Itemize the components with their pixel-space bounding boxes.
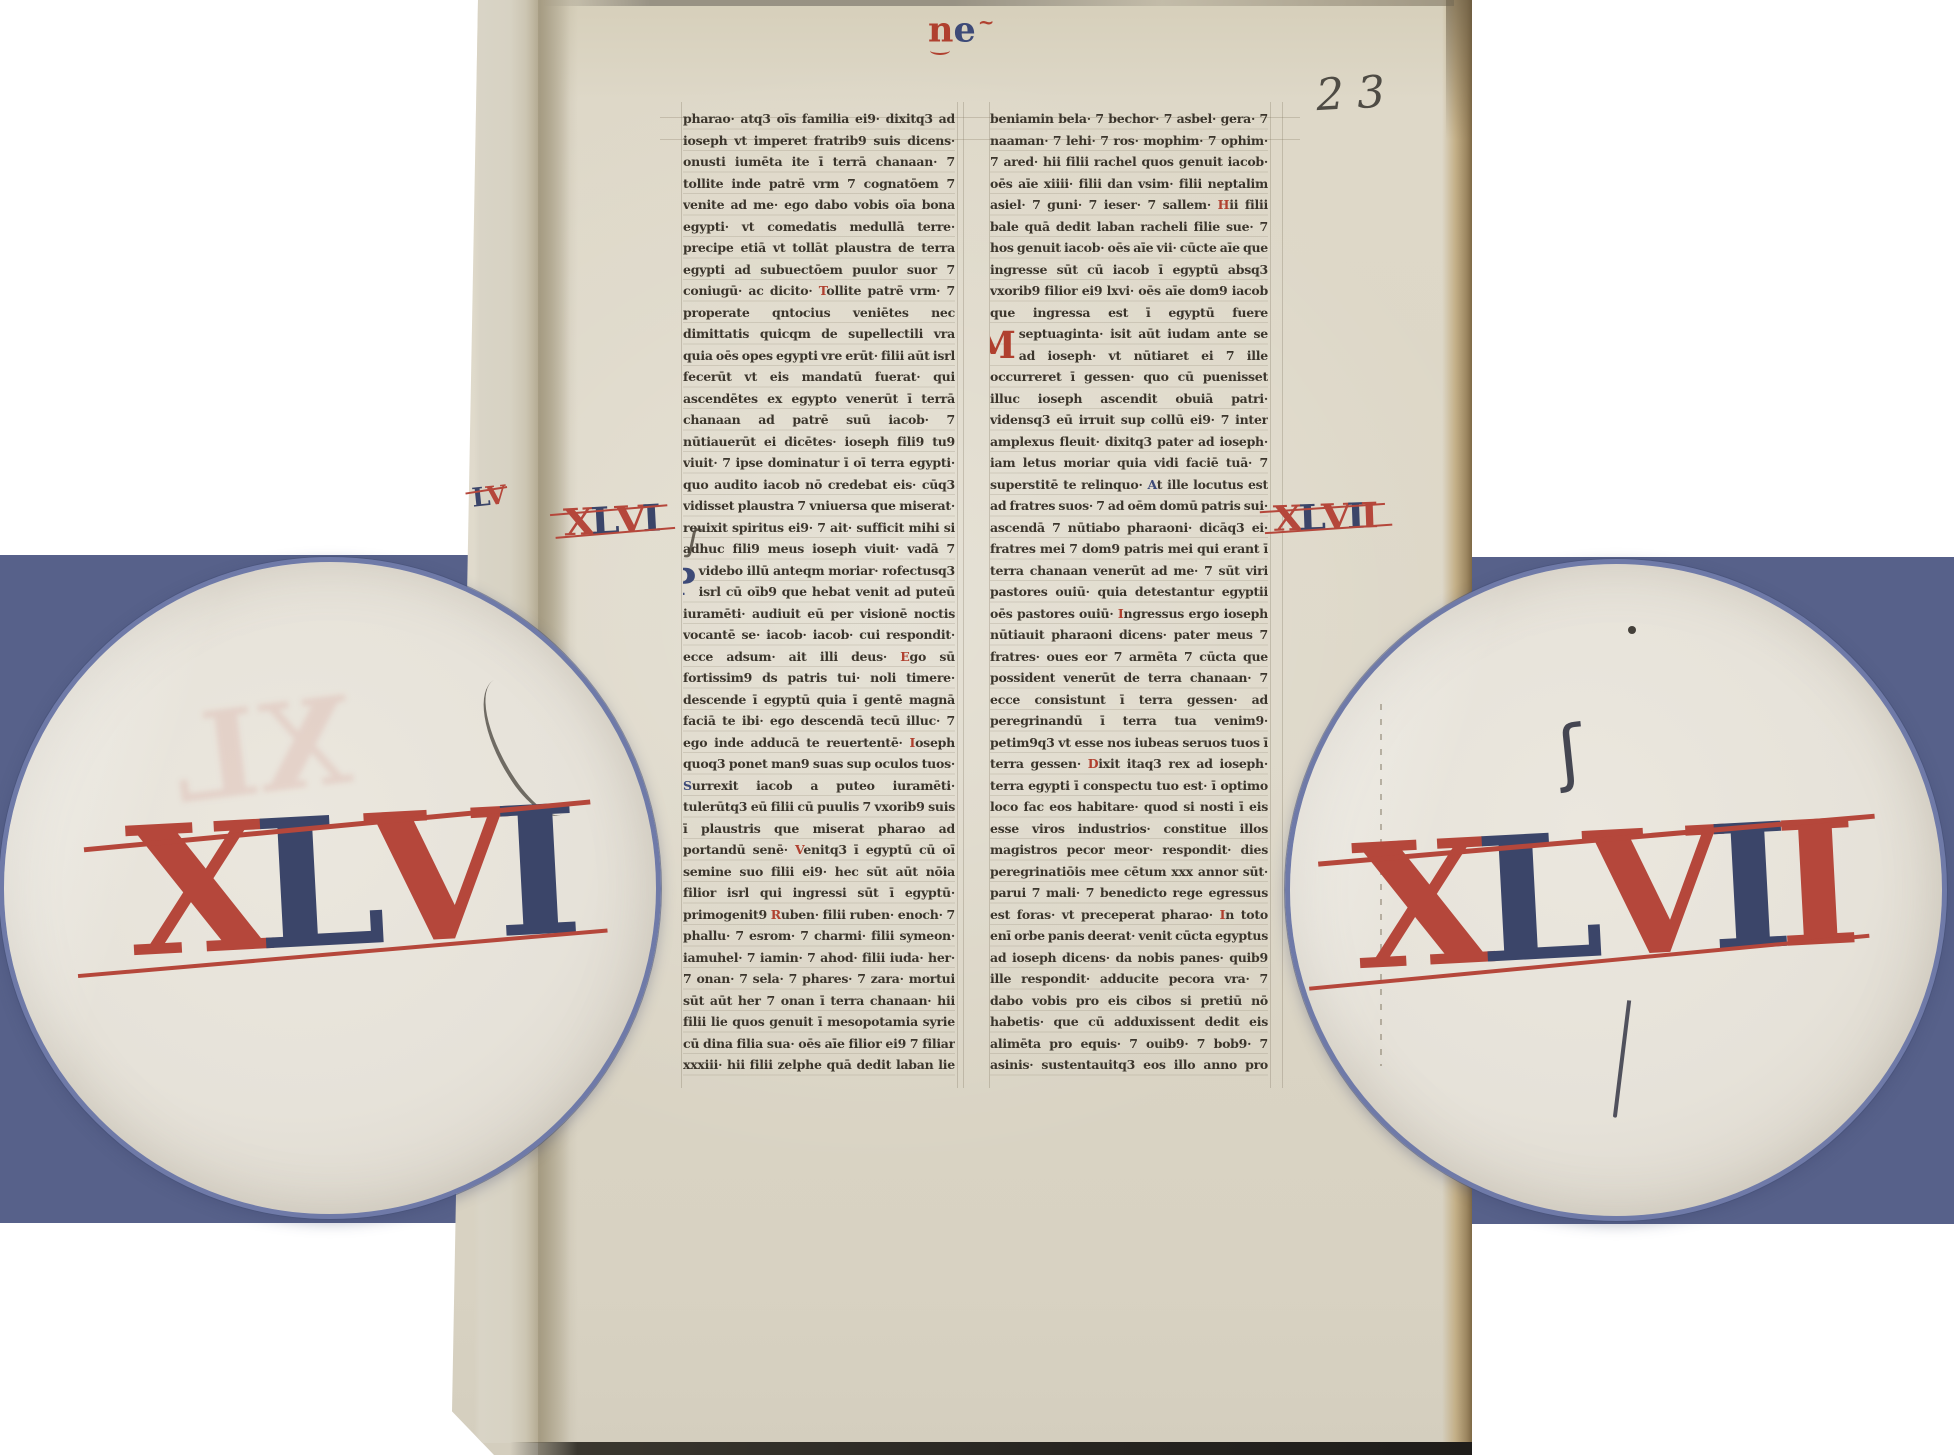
illuminated-initial: A	[1147, 477, 1156, 492]
numeral-letter: I	[1360, 498, 1379, 534]
numeral-letter: I	[490, 781, 586, 963]
running-header-left-letter: n	[928, 10, 953, 51]
illuminated-initial: H	[1218, 197, 1230, 212]
illuminated-initial: I	[909, 735, 915, 750]
edge-partial-numeral: LV	[473, 482, 506, 511]
illuminated-initial: M	[990, 325, 1016, 365]
ink-speck	[1628, 626, 1636, 634]
numeral-letter: V	[485, 482, 508, 510]
illuminated-initial: P	[683, 562, 696, 602]
numeral-letter: I	[641, 499, 662, 537]
screenshot-canvas: ne~ 23 pharao· atq3 oīs familia ei9· dix…	[0, 0, 1954, 1455]
magnified-numeral-xlvi: XLVI	[131, 781, 577, 982]
ruling-line	[957, 102, 958, 1088]
numeral-letter: V	[1582, 803, 1730, 982]
illuminated-initial: E	[900, 649, 909, 664]
illuminated-initial: I	[1220, 907, 1226, 922]
running-header-right-letter: e	[953, 10, 975, 51]
page-bottom-edge	[510, 1442, 1472, 1455]
illuminated-initial: R	[771, 907, 781, 922]
running-header-underline-flourish	[930, 46, 950, 55]
numeral-letter: V	[363, 784, 516, 969]
page-top-edge	[542, 0, 1454, 6]
text-column-right: beniamin bela· 7 bechor· 7 asbel· gera· …	[990, 108, 1268, 1076]
ruling-line	[1282, 102, 1283, 1088]
chapter-numeral-xlvii: XLVII	[1275, 498, 1377, 536]
text-column-left: pharao· atq3 oīs familia ei9· dixitq3 ad…	[683, 108, 955, 1076]
running-header-flourish: ~	[978, 10, 995, 34]
left-magnifier-inset: XL XLVI	[0, 557, 661, 1219]
illuminated-initial: T	[819, 283, 827, 298]
ruling-line	[1270, 102, 1271, 1088]
ruling-line	[963, 102, 964, 1088]
illuminated-initial: V	[795, 842, 803, 857]
running-header: ne~	[928, 12, 995, 48]
right-magnifier-inset: ʃ XLVII	[1285, 559, 1947, 1221]
illuminated-initial: I	[1118, 606, 1124, 621]
illuminated-initial: S	[683, 778, 692, 793]
page-top-right-edge	[1446, 0, 1472, 140]
numeral-letter: I	[1772, 796, 1865, 972]
folio-number: 23	[1315, 66, 1400, 121]
chapter-numeral-xlvi: XLVI	[565, 500, 660, 542]
illuminated-initial: D	[1088, 756, 1099, 771]
magnified-numeral-xlvii: XLVII	[1357, 796, 1856, 993]
ruling-line	[681, 102, 682, 1088]
